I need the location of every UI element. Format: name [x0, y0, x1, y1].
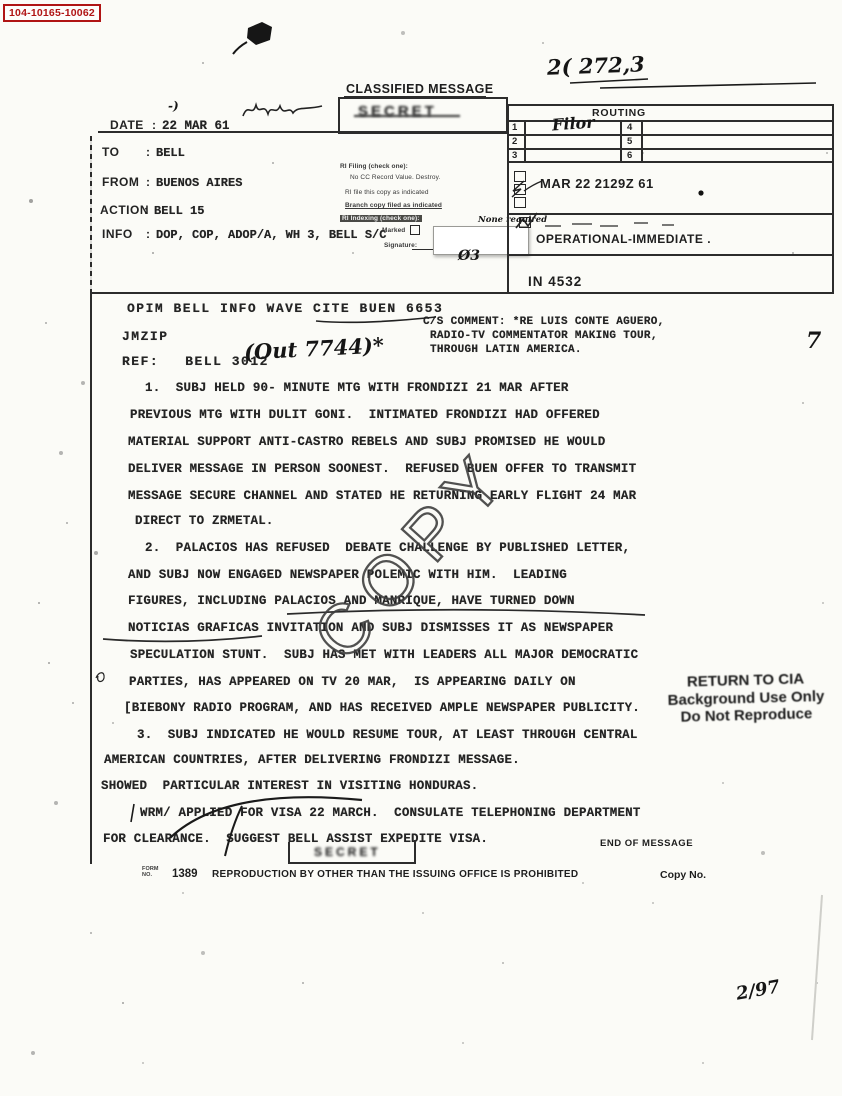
form-label: FORM NO. [142, 866, 162, 878]
panel-divider [507, 213, 834, 215]
message-line: PREVIOUS MTG WITH DULIT GONI. INTIMATED … [130, 408, 600, 422]
pen-tick [131, 804, 134, 822]
scan-noise [0, 0, 2, 2]
date-label: DATE [110, 118, 152, 132]
secret-strike-line [354, 115, 460, 117]
routing-col-divider [524, 120, 526, 161]
left-border-lower [90, 292, 92, 864]
end-of-message: END OF MESSAGE [600, 838, 693, 849]
info-label: INFO [102, 227, 146, 241]
routing-handwritten-entry: Filor [551, 113, 595, 135]
handwritten-margin-note: 7 [806, 328, 821, 354]
fine-print-line: RI file this copy as indicated [345, 189, 429, 196]
to-colon: : [146, 145, 156, 159]
marked-checkbox [410, 225, 420, 235]
handwriting-underline [600, 83, 816, 88]
cs-comment-line: RADIO-TV COMMENTATOR MAKING TOUR, [430, 330, 658, 342]
routing-title: ROUTING [592, 107, 646, 119]
date-rule [98, 131, 508, 133]
filing-checkbox-2 [514, 184, 526, 195]
noticias-underline [103, 636, 262, 641]
message-line: PARTIES, HAS APPEARED ON TV 20 MAR, IS A… [129, 675, 576, 689]
classified-cable-document: 104-10165-10062 2( 272,3 CLASSIFIED MESS… [0, 0, 842, 1096]
copy-number-label: Copy No. [660, 869, 706, 881]
routing-cell: 6 [627, 150, 632, 161]
pen-dashes [545, 223, 674, 226]
cite-underline [316, 317, 436, 322]
routing-cell: 4 [627, 122, 632, 133]
routing-cell: 3 [512, 150, 517, 161]
panel-right-border [832, 104, 834, 293]
message-line: NOTICIAS GRAFICAS INVITATION AND SUBJ DI… [128, 621, 613, 635]
paper-crease [812, 895, 822, 1040]
secret-bracket-bottom [288, 862, 416, 864]
record-number-box: 104-10165-10062 [3, 4, 101, 22]
routing-grid-line [507, 134, 834, 136]
pen-underline [287, 610, 645, 615]
message-line: WRM/ APPLIED FOR VISA 22 MARCH. CONSULAT… [140, 806, 641, 820]
handwriting-underline [570, 79, 648, 83]
precedence-checkbox [519, 217, 531, 228]
secret-stamp-bottom: SECRET [314, 845, 381, 859]
datetime-stamp: MAR 22 2129Z 61 [540, 176, 654, 191]
record-number: 104-10165-10062 [9, 7, 95, 19]
date-colon: : [152, 118, 162, 132]
to-row: TO:BELL [102, 143, 185, 161]
ink-blob [247, 22, 272, 45]
routing-grid-line [507, 161, 834, 163]
to-label: TO [102, 145, 146, 159]
message-line: 2. PALACIOS HAS REFUSED DEBATE CHALLENGE… [145, 541, 630, 555]
message-line: AND SUBJ NOW ENGAGED NEWSPAPER POLEMIC W… [128, 568, 567, 582]
message-line: 3. SUBJ INDICATED HE WOULD RESUME TOUR, … [137, 728, 638, 742]
fine-print-line: Branch copy filed as indicated [345, 202, 442, 209]
ref-label: REF: [122, 354, 159, 369]
info-row: INFO:DOP, COP, ADOP/A, WH 3, BELL S/C [102, 225, 386, 243]
message-line: AMERICAN COUNTRIES, AFTER DELIVERING FRO… [104, 753, 520, 767]
message-line: [BIEBONY RADIO PROGRAM, AND HAS RECEIVED… [124, 701, 640, 715]
marked-label: Marked [382, 227, 405, 234]
secret-bracket-right [414, 840, 416, 864]
cs-comment-line: THROUGH LATIN AMERICA. [430, 344, 582, 356]
info-value: DOP, COP, ADOP/A, WH 3, BELL S/C [156, 228, 386, 242]
fine-print-line: No CC Record Value. Destroy. [350, 174, 440, 181]
in-number: IN 4532 [528, 274, 582, 289]
routing-cell: 2 [512, 136, 517, 147]
handwritten-scribble [243, 105, 322, 116]
signature-label: Signature: [384, 242, 417, 249]
handwritten-file-number: 2( 272,3 [547, 51, 645, 79]
action-colon: : [144, 203, 154, 217]
action-label: ACTION [100, 203, 144, 217]
panel-left-border [507, 104, 509, 293]
from-label: FROM [102, 175, 146, 189]
handwritten-copy-number: 2/97 [735, 976, 782, 1004]
cs-comment-line: C/S COMMENT: *RE LUIS CONTE AGUERO, [423, 316, 665, 328]
classified-header: CLASSIFIED MESSAGE [346, 82, 494, 96]
fine-print-line: RI Indexing (check one): [340, 215, 422, 222]
message-line: SPECULATION STUNT. SUBJ HAS MET WITH LEA… [130, 648, 638, 662]
filing-checkbox-1 [514, 171, 526, 182]
return-to-cia-stamp: RETURN TO CIA Background Use Only Do Not… [655, 670, 836, 727]
precedence-stamp: OPERATIONAL-IMMEDIATE . [536, 232, 711, 246]
secret-stamp-top: SECRET [358, 103, 437, 120]
ink-blob-tail [233, 42, 247, 54]
action-value: BELL 15 [154, 204, 204, 218]
ink-dot [698, 190, 703, 195]
message-line: DELIVER MESSAGE IN PERSON SOONEST. REFUS… [128, 462, 636, 476]
redaction-box [433, 226, 529, 255]
none-required-note: None required [478, 215, 547, 225]
stamp-box-left [338, 97, 340, 134]
message-line: MESSAGE SECURE CHANNEL AND STATED HE RET… [128, 489, 636, 503]
from-row: FROM:BUENOS AIRES [102, 173, 242, 191]
date-handwritten-mark: -) [168, 99, 179, 113]
margin-squiggle [96, 673, 104, 682]
message-line: 1. SUBJ HELD 90- MINUTE MTG WITH FRONDIZ… [145, 381, 569, 395]
fine-print-line: RI Filing (check one): [340, 163, 408, 170]
routing-col-divider [641, 120, 643, 161]
routing-top [507, 104, 834, 106]
to-value: BELL [156, 146, 185, 160]
panel-divider [507, 254, 834, 256]
body-top-border [90, 292, 834, 294]
from-colon: : [146, 175, 156, 189]
reproduction-notice: REPRODUCTION BY OTHER THAN THE ISSUING O… [212, 869, 578, 880]
routing-cell: 1 [512, 122, 517, 133]
message-line: FOR CLEARANCE. SUGGEST BELL ASSIST EXPED… [103, 832, 488, 846]
redaction-handwritten-mark: Ø3 [458, 248, 480, 264]
message-line: SHOWED PARTICULAR INTEREST IN VISITING H… [101, 779, 478, 793]
info-colon: : [146, 227, 156, 241]
left-border-upper [90, 136, 92, 292]
stamp-box-top [338, 97, 508, 99]
routing-grid-line [507, 148, 834, 150]
routing-cell: 5 [627, 136, 632, 147]
routing-col-divider [620, 120, 622, 161]
message-line: FIGURES, INCLUDING PALACIOS AND MANRIQUE… [128, 594, 575, 608]
opening-line: OPIM BELL INFO WAVE CITE BUEN 6653 [127, 301, 443, 316]
filing-checkbox-3 [514, 197, 526, 208]
ref-handwritten-annotation: (Out 7744)* [243, 332, 384, 364]
from-value: BUENOS AIRES [156, 176, 242, 190]
message-slug: JMZIP [122, 329, 169, 344]
action-row: ACTION:BELL 15 [100, 201, 204, 219]
form-number: 1389 [172, 868, 198, 880]
secret-bracket-left [288, 842, 290, 864]
message-line: MATERIAL SUPPORT ANTI-CASTRO REBELS AND … [128, 435, 605, 449]
return-stamp-line: Do Not Reproduce [656, 705, 836, 727]
message-line: DIRECT TO ZRMETAL. [135, 514, 274, 528]
